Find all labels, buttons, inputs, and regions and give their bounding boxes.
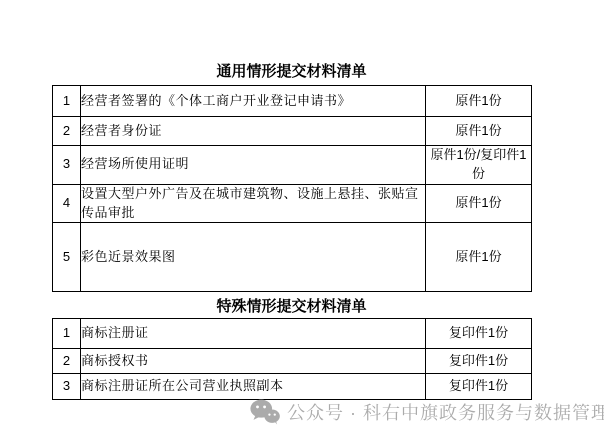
table-row: 5彩色近景效果图原件1份 bbox=[53, 223, 532, 292]
row-number: 2 bbox=[53, 117, 81, 146]
copies-required: 原件1份 bbox=[426, 117, 532, 146]
table-row: 1商标注册证复印件1份 bbox=[53, 319, 532, 349]
table-general: 1经营者签署的《个体工商户开业登记申请书》原件1份2经营者身份证原件1份3经营场… bbox=[52, 85, 532, 292]
row-number: 3 bbox=[53, 146, 81, 185]
table-row: 2经营者身份证原件1份 bbox=[53, 117, 532, 146]
copies-required: 原件1份 bbox=[426, 86, 532, 117]
table-special: 1商标注册证复印件1份2商标授权书复印件1份3商标注册证所在公司营业执照副本复印… bbox=[52, 318, 532, 400]
copies-required: 原件1份 bbox=[426, 223, 532, 292]
material-name: 商标授权书 bbox=[81, 349, 426, 374]
row-number: 5 bbox=[53, 223, 81, 292]
row-number: 4 bbox=[53, 184, 81, 223]
watermark-label: 公众号 · 科右中旗政务服务与数据管理局 bbox=[287, 399, 604, 425]
material-name: 设置大型户外广告及在城市建筑物、设施上悬挂、张贴宣传品审批 bbox=[81, 184, 426, 223]
content-column: 通用情形提交材料清单 1经营者签署的《个体工商户开业登记申请书》原件1份2经营者… bbox=[52, 55, 531, 400]
table-row: 3商标注册证所在公司营业执照副本复印件1份 bbox=[53, 374, 532, 400]
table-row: 3经营场所使用证明原件1份/复印件1份 bbox=[53, 146, 532, 185]
material-name: 经营场所使用证明 bbox=[81, 146, 426, 185]
table-title-special: 特殊情形提交材料清单 bbox=[52, 292, 531, 318]
watermark: 公众号 · 科右中旗政务服务与数据管理局 bbox=[250, 397, 604, 427]
copies-required: 原件1份/复印件1份 bbox=[426, 146, 532, 185]
copies-required: 复印件1份 bbox=[426, 374, 532, 400]
table-row: 1经营者签署的《个体工商户开业登记申请书》原件1份 bbox=[53, 86, 532, 117]
table-row: 2商标授权书复印件1份 bbox=[53, 349, 532, 374]
table-special-body: 1商标注册证复印件1份2商标授权书复印件1份3商标注册证所在公司营业执照副本复印… bbox=[53, 319, 532, 400]
copies-required: 复印件1份 bbox=[426, 319, 532, 349]
material-name: 商标注册证 bbox=[81, 319, 426, 349]
wechat-icon bbox=[250, 399, 280, 425]
material-name: 经营者签署的《个体工商户开业登记申请书》 bbox=[81, 86, 426, 117]
copies-required: 原件1份 bbox=[426, 184, 532, 223]
row-number: 3 bbox=[53, 374, 81, 400]
table-general-body: 1经营者签署的《个体工商户开业登记申请书》原件1份2经营者身份证原件1份3经营场… bbox=[53, 86, 532, 292]
copies-required: 复印件1份 bbox=[426, 349, 532, 374]
material-name: 商标注册证所在公司营业执照副本 bbox=[81, 374, 426, 400]
material-name: 彩色近景效果图 bbox=[81, 223, 426, 292]
table-row: 4设置大型户外广告及在城市建筑物、设施上悬挂、张贴宣传品审批原件1份 bbox=[53, 184, 532, 223]
row-number: 2 bbox=[53, 349, 81, 374]
row-number: 1 bbox=[53, 86, 81, 117]
row-number: 1 bbox=[53, 319, 81, 349]
material-name: 经营者身份证 bbox=[81, 117, 426, 146]
table-title-general: 通用情形提交材料清单 bbox=[52, 55, 531, 85]
document-page: 通用情形提交材料清单 1经营者签署的《个体工商户开业登记申请书》原件1份2经营者… bbox=[0, 0, 604, 433]
